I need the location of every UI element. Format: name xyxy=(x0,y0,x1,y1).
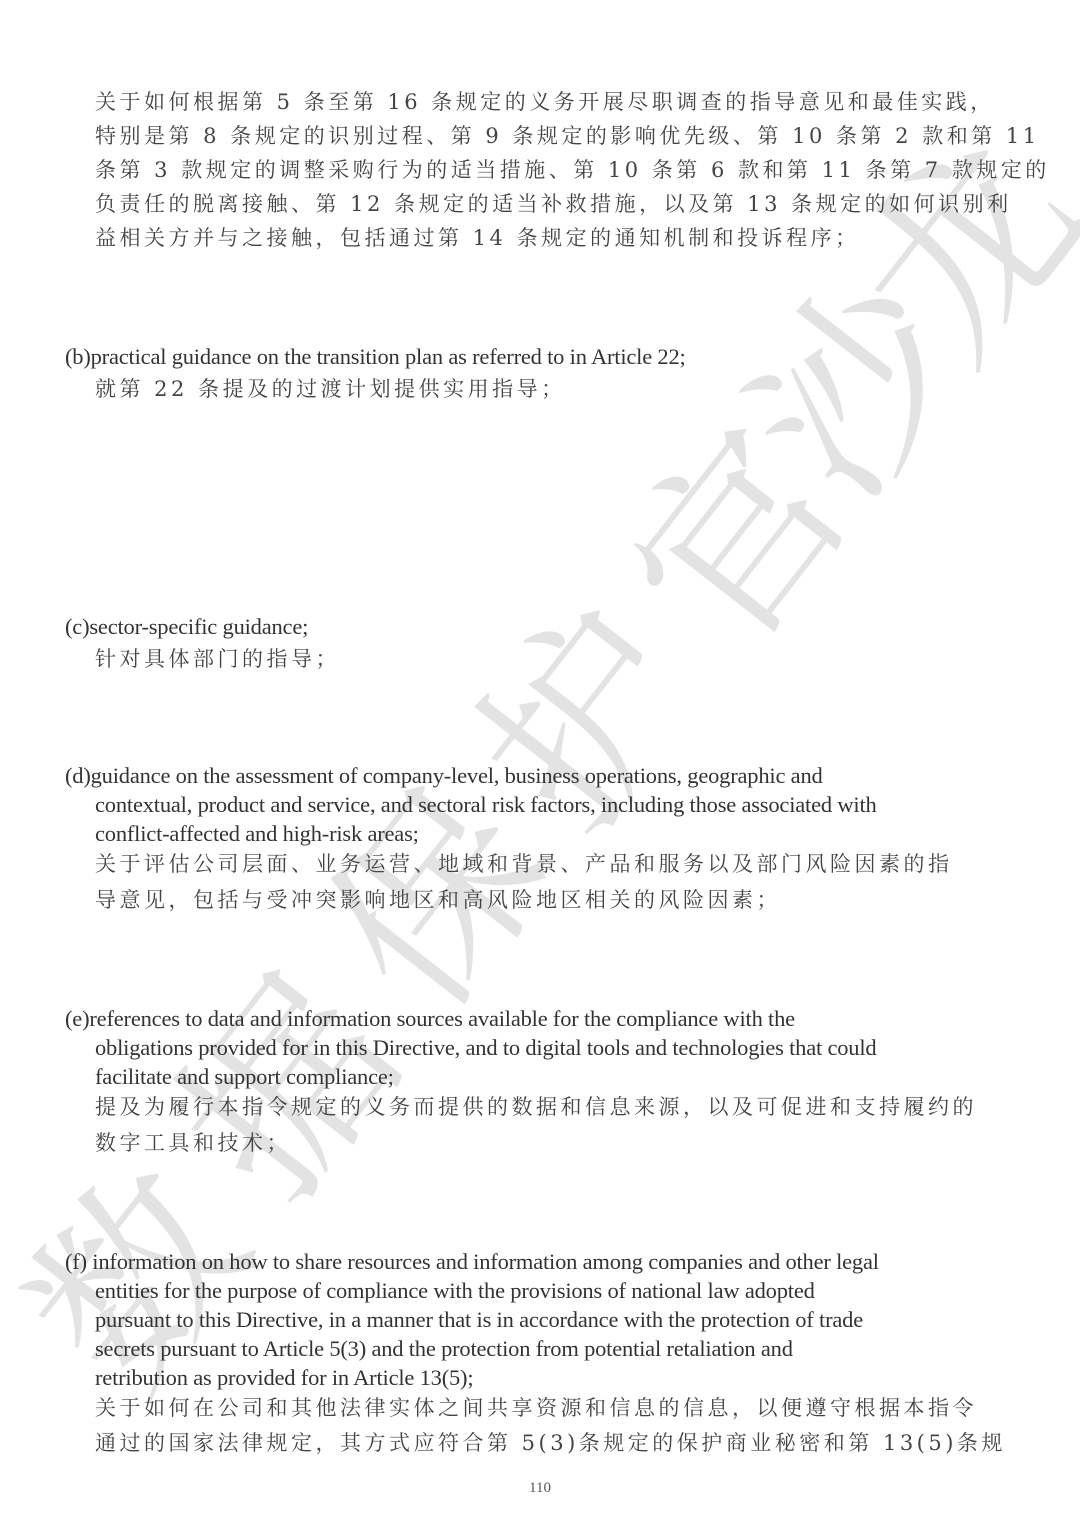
en-line: conflict-affected and high-risk areas; xyxy=(95,819,419,848)
zh-line: 关于评估公司层面、业务运营、地域和背景、产品和服务以及部门风险因素的指 xyxy=(95,848,953,880)
zh-line: 条第 3 款规定的调整采购行为的适当措施、第 10 条第 6 款和第 11 条第… xyxy=(95,154,1050,186)
document-body: 关于如何根据第 5 条至第 16 条规定的义务开展尽职调查的指导意见和最佳实践，… xyxy=(0,0,1080,1527)
zh-line: 通过的国家法律规定，其方式应符合第 5(3)条规定的保护商业秘密和第 13(5)… xyxy=(95,1427,1006,1459)
en-line: (c)sector-specific guidance; xyxy=(65,612,308,641)
zh-line: 针对具体部门的指导； xyxy=(95,643,340,675)
en-line: contextual, product and service, and sec… xyxy=(95,790,877,819)
en-line: facilitate and support compliance; xyxy=(95,1062,394,1091)
en-line: (e)references to data and information so… xyxy=(65,1004,795,1033)
zh-line: 提及为履行本指令规定的义务而提供的数据和信息来源，以及可促进和支持履约的 xyxy=(95,1091,977,1123)
en-line: retribution as provided for in Article 1… xyxy=(95,1363,473,1392)
document-page: 数 据 保 护 官 沙 龙 关于如何根据第 5 条至第 16 条规定的义务开展尽… xyxy=(0,0,1080,1527)
en-line: (f) information on how to share resource… xyxy=(65,1247,879,1276)
zh-line: 关于如何在公司和其他法律实体之间共享资源和信息的信息，以便遵守根据本指令 xyxy=(95,1392,977,1424)
en-line: pursuant to this Directive, in a manner … xyxy=(95,1305,863,1334)
en-line: (b)practical guidance on the transition … xyxy=(65,342,686,371)
zh-line: 益相关方并与之接触，包括通过第 14 条规定的通知机制和投诉程序； xyxy=(95,222,860,254)
en-line: obligations provided for in this Directi… xyxy=(95,1033,876,1062)
en-line: entities for the purpose of compliance w… xyxy=(95,1276,815,1305)
zh-line: 导意见，包括与受冲突影响地区和高风险地区相关的风险因素； xyxy=(95,884,781,916)
zh-line: 数字工具和技术； xyxy=(95,1127,291,1159)
en-line: (d)guidance on the assessment of company… xyxy=(65,761,823,790)
zh-line: 就第 22 条提及的过渡计划提供实用指导； xyxy=(95,373,566,405)
zh-line: 负责任的脱离接触、第 12 条规定的适当补救措施，以及第 13 条规定的如何识别… xyxy=(95,188,1012,220)
zh-line: 关于如何根据第 5 条至第 16 条规定的义务开展尽职调查的指导意见和最佳实践， xyxy=(95,86,995,118)
en-line: secrets pursuant to Article 5(3) and the… xyxy=(95,1334,793,1363)
page-number: 110 xyxy=(0,1480,1080,1497)
zh-line: 特别是第 8 条规定的识别过程、第 9 条规定的影响优先级、第 10 条第 2 … xyxy=(95,120,1040,152)
